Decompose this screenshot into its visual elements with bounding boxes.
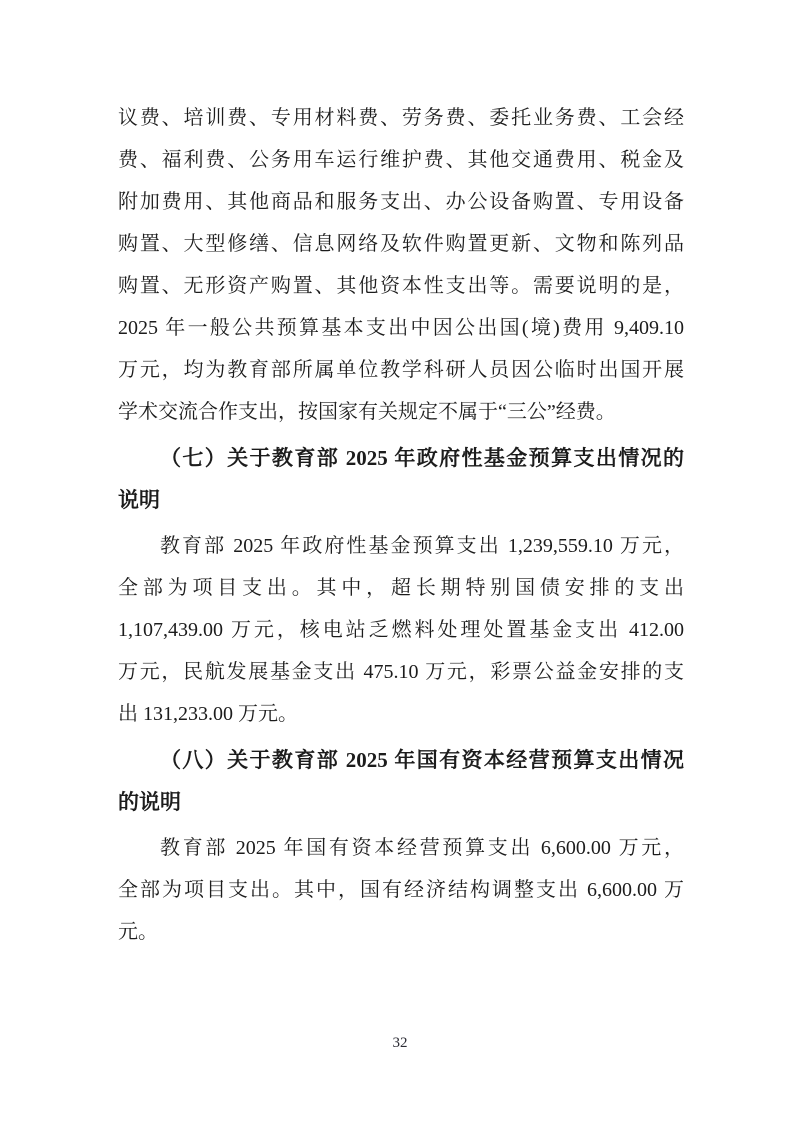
- text-line: 万元，均为教育部所属单位教学科研人员因公临时出国开展: [118, 349, 684, 391]
- text-line: 2025 年一般公共预算基本支出中因公出国(境)费用 9,409.10: [118, 307, 684, 349]
- text-line: 元。: [118, 911, 684, 953]
- heading-line: 的说明: [118, 781, 684, 823]
- heading-line: 说明: [118, 479, 684, 521]
- heading-block: （七）关于教育部 2025 年政府性基金预算支出情况的说明: [118, 437, 684, 521]
- document-page: 议费、培训费、专用材料费、劳务费、委托业务费、工会经费、福利费、公务用车运行维护…: [0, 0, 800, 1131]
- page-body: 议费、培训费、专用材料费、劳务费、委托业务费、工会经费、福利费、公务用车运行维护…: [118, 97, 684, 953]
- text-line: 议费、培训费、专用材料费、劳务费、委托业务费、工会经: [118, 97, 684, 139]
- text-line: 购置、大型修缮、信息网络及软件购置更新、文物和陈列品: [118, 223, 684, 265]
- text-line: 万元，民航发展基金支出 475.10 万元，彩票公益金安排的支: [118, 651, 684, 693]
- page-footer: 32: [0, 1035, 800, 1052]
- text-line: 出 131,233.00 万元。: [118, 693, 684, 735]
- text-line: 学术交流合作支出，按国家有关规定不属于“三公”经费。: [118, 391, 684, 433]
- text-line: 教育部 2025 年政府性基金预算支出 1,239,559.10 万元，: [118, 525, 684, 567]
- text-line: 教育部 2025 年国有资本经营预算支出 6,600.00 万元，: [118, 827, 684, 869]
- paragraph-block: 议费、培训费、专用材料费、劳务费、委托业务费、工会经费、福利费、公务用车运行维护…: [118, 97, 684, 433]
- text-line: 全部为项目支出。其中，超长期特别国债安排的支出: [118, 567, 684, 609]
- heading-line: （八）关于教育部 2025 年国有资本经营预算支出情况: [118, 739, 684, 781]
- text-line: 1,107,439.00 万元，核电站乏燃料处理处置基金支出 412.00: [118, 609, 684, 651]
- paragraph-block: 教育部 2025 年政府性基金预算支出 1,239,559.10 万元，全部为项…: [118, 525, 684, 735]
- text-line: 费、福利费、公务用车运行维护费、其他交通费用、税金及: [118, 139, 684, 181]
- heading-block: （八）关于教育部 2025 年国有资本经营预算支出情况的说明: [118, 739, 684, 823]
- paragraph-block: 教育部 2025 年国有资本经营预算支出 6,600.00 万元，全部为项目支出…: [118, 827, 684, 953]
- text-line: 附加费用、其他商品和服务支出、办公设备购置、专用设备: [118, 181, 684, 223]
- text-line: 购置、无形资产购置、其他资本性支出等。需要说明的是，: [118, 265, 684, 307]
- text-line: 全部为项目支出。其中，国有经济结构调整支出 6,600.00 万: [118, 869, 684, 911]
- heading-line: （七）关于教育部 2025 年政府性基金预算支出情况的: [118, 437, 684, 479]
- page-number: 32: [393, 1035, 408, 1051]
